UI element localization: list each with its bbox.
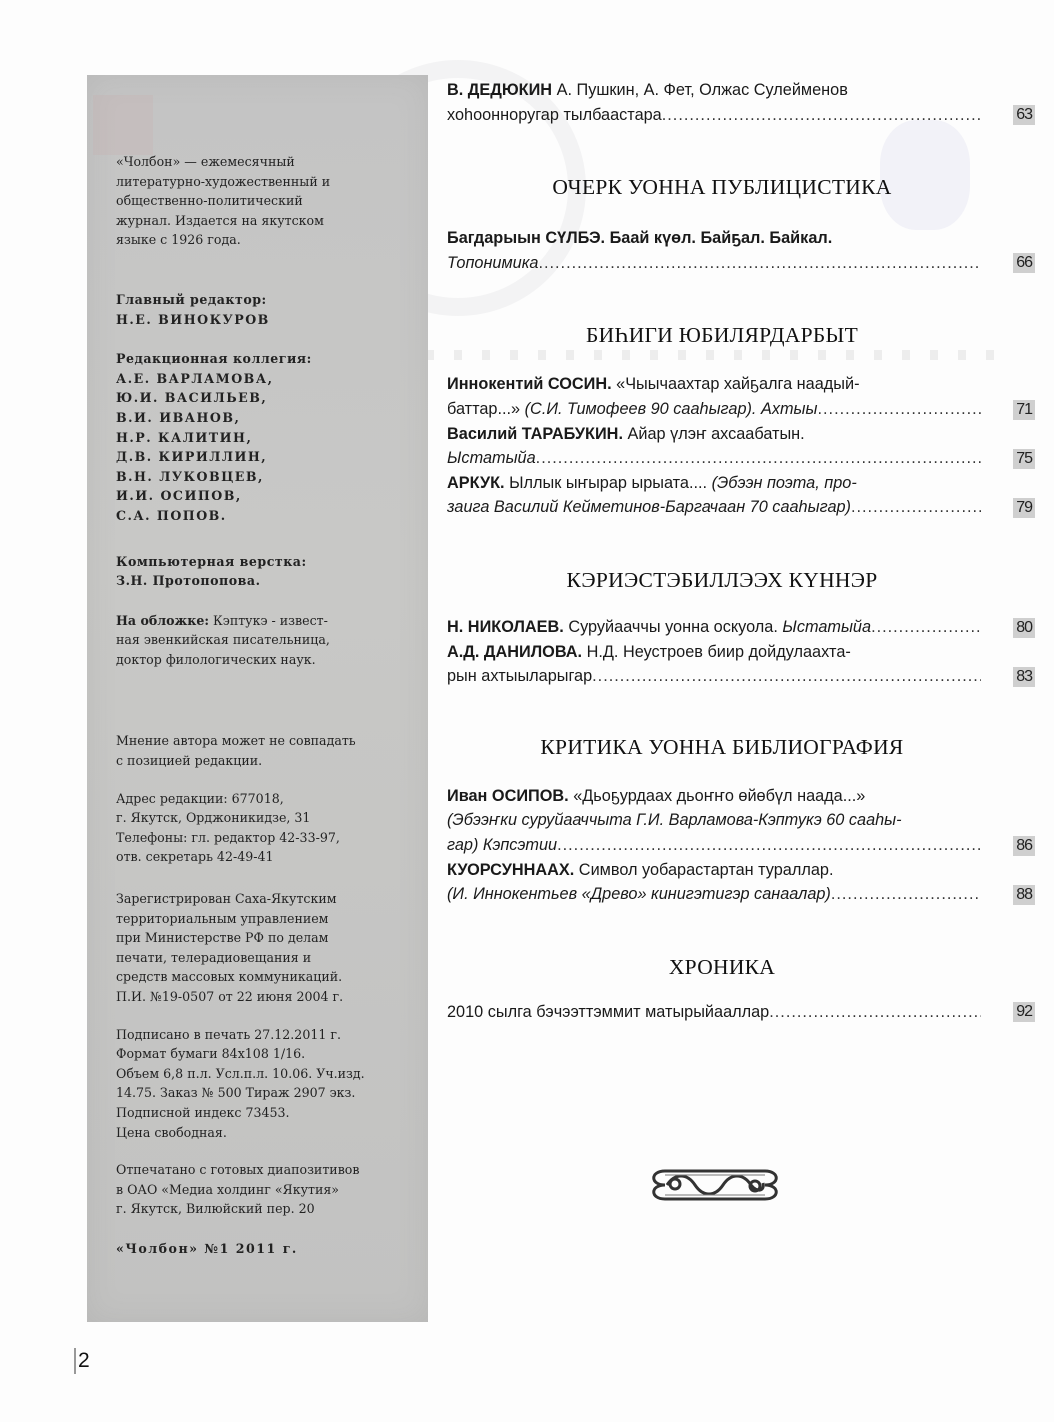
section-heading: ОЧЕРК УОННА ПУБЛИЦИСТИКА [447,175,1037,200]
toc-entry[interactable]: Иван ОСИПОВ. «Дьоҕурдаах дьоҥҥо өйөбүл н… [447,784,1037,858]
layout-credit: Компьютерная верстка: З.Н. Протопопова. [116,552,406,591]
registration-info: Зарегистрирован Саха-Якутским территориа… [116,889,406,1007]
page-number: 2 [74,1348,90,1374]
section-heading: ХРОНИКА [447,955,1037,980]
page-badge[interactable]: 75 [1013,449,1035,469]
ornament-scroll-icon [645,1165,785,1205]
print-info: Подписано в печать 27.12.2011 г. Формат … [116,1025,406,1143]
editorial-board: Редакционная коллегия: А.Е. ВАРЛАМОВА, Ю… [116,349,406,525]
section-heading: БИҺИГИ ЮБИЛЯРДАРБЫТ [447,323,1037,348]
toc-entry[interactable]: А.Д. ДАНИЛОВА. Н.Д. Неустроев биир дойду… [447,640,1037,689]
page-badge[interactable]: 80 [1013,618,1035,638]
section-heading: КЭРИЭСТЭБИЛЛЭЭХ КҮННЭР [447,568,1037,593]
toc-entry[interactable]: Багдарыын СҮЛБЭ. Баай күөл. Байҕал. Байк… [447,226,1037,275]
journal-about: «Чолбон» — ежемесячный литературно-худож… [116,152,406,250]
toc-entry[interactable]: АРКУК. Ыллык ыҥырар ырыата.... (Эбээн по… [447,471,1037,520]
page-badge[interactable]: 63 [1013,105,1035,125]
table-of-contents: В. ДЕДЮКИН А. Пушкин, А. Фет, Олжас Суле… [447,78,1037,1024]
toc-entry[interactable]: Н. НИКОЛАЕВ. Суруйааччы уонна оскуола. Ы… [447,615,1037,640]
chief-editor: Главный редактор: Н.Е. ВИНОКУРОВ [116,290,406,329]
toc-entry[interactable]: КУОРСУННААХ. Символ уобарастартан туралл… [447,858,1037,907]
page-badge[interactable]: 83 [1013,667,1035,687]
toc-entry[interactable]: Иннокентий СОСИН. «Чыычаахтар хайҕалга н… [447,372,1037,421]
section-heading: КРИТИКА УОННА БИБЛИОГРАФИЯ [447,735,1037,760]
page-badge[interactable]: 86 [1013,836,1035,856]
page-badge[interactable]: 71 [1013,400,1035,420]
toc-entry[interactable]: В. ДЕДЮКИН А. Пушкин, А. Фет, Олжас Суле… [447,78,1037,127]
page-badge[interactable]: 92 [1013,1002,1035,1022]
issue-label: «Чолбон» №1 2011 г. [116,1239,406,1259]
toc-entry[interactable]: 2010 сылга бэчээттэммит матырыйааллар 92 [447,1000,1037,1025]
printer-info: Отпечатано с готовых диапозитивов в ОАО … [116,1160,406,1219]
page-badge[interactable]: 79 [1013,498,1035,518]
disclaimer: Мнение автора может не совпадать с позиц… [116,731,406,770]
toc-entry[interactable]: Василий ТАРАБУКИН. Айар үлэҥ ахсаабатын.… [447,422,1037,471]
imprint-text: «Чолбон» — ежемесячный литературно-худож… [116,152,406,1259]
page-badge[interactable]: 88 [1013,885,1035,905]
cover-credit: На обложке: Кэптукэ - извест- ная эвенки… [116,611,406,670]
page-badge[interactable]: 66 [1013,253,1035,273]
editorial-address: Адрес редакции: 677018, г. Якутск, Орджо… [116,789,406,867]
